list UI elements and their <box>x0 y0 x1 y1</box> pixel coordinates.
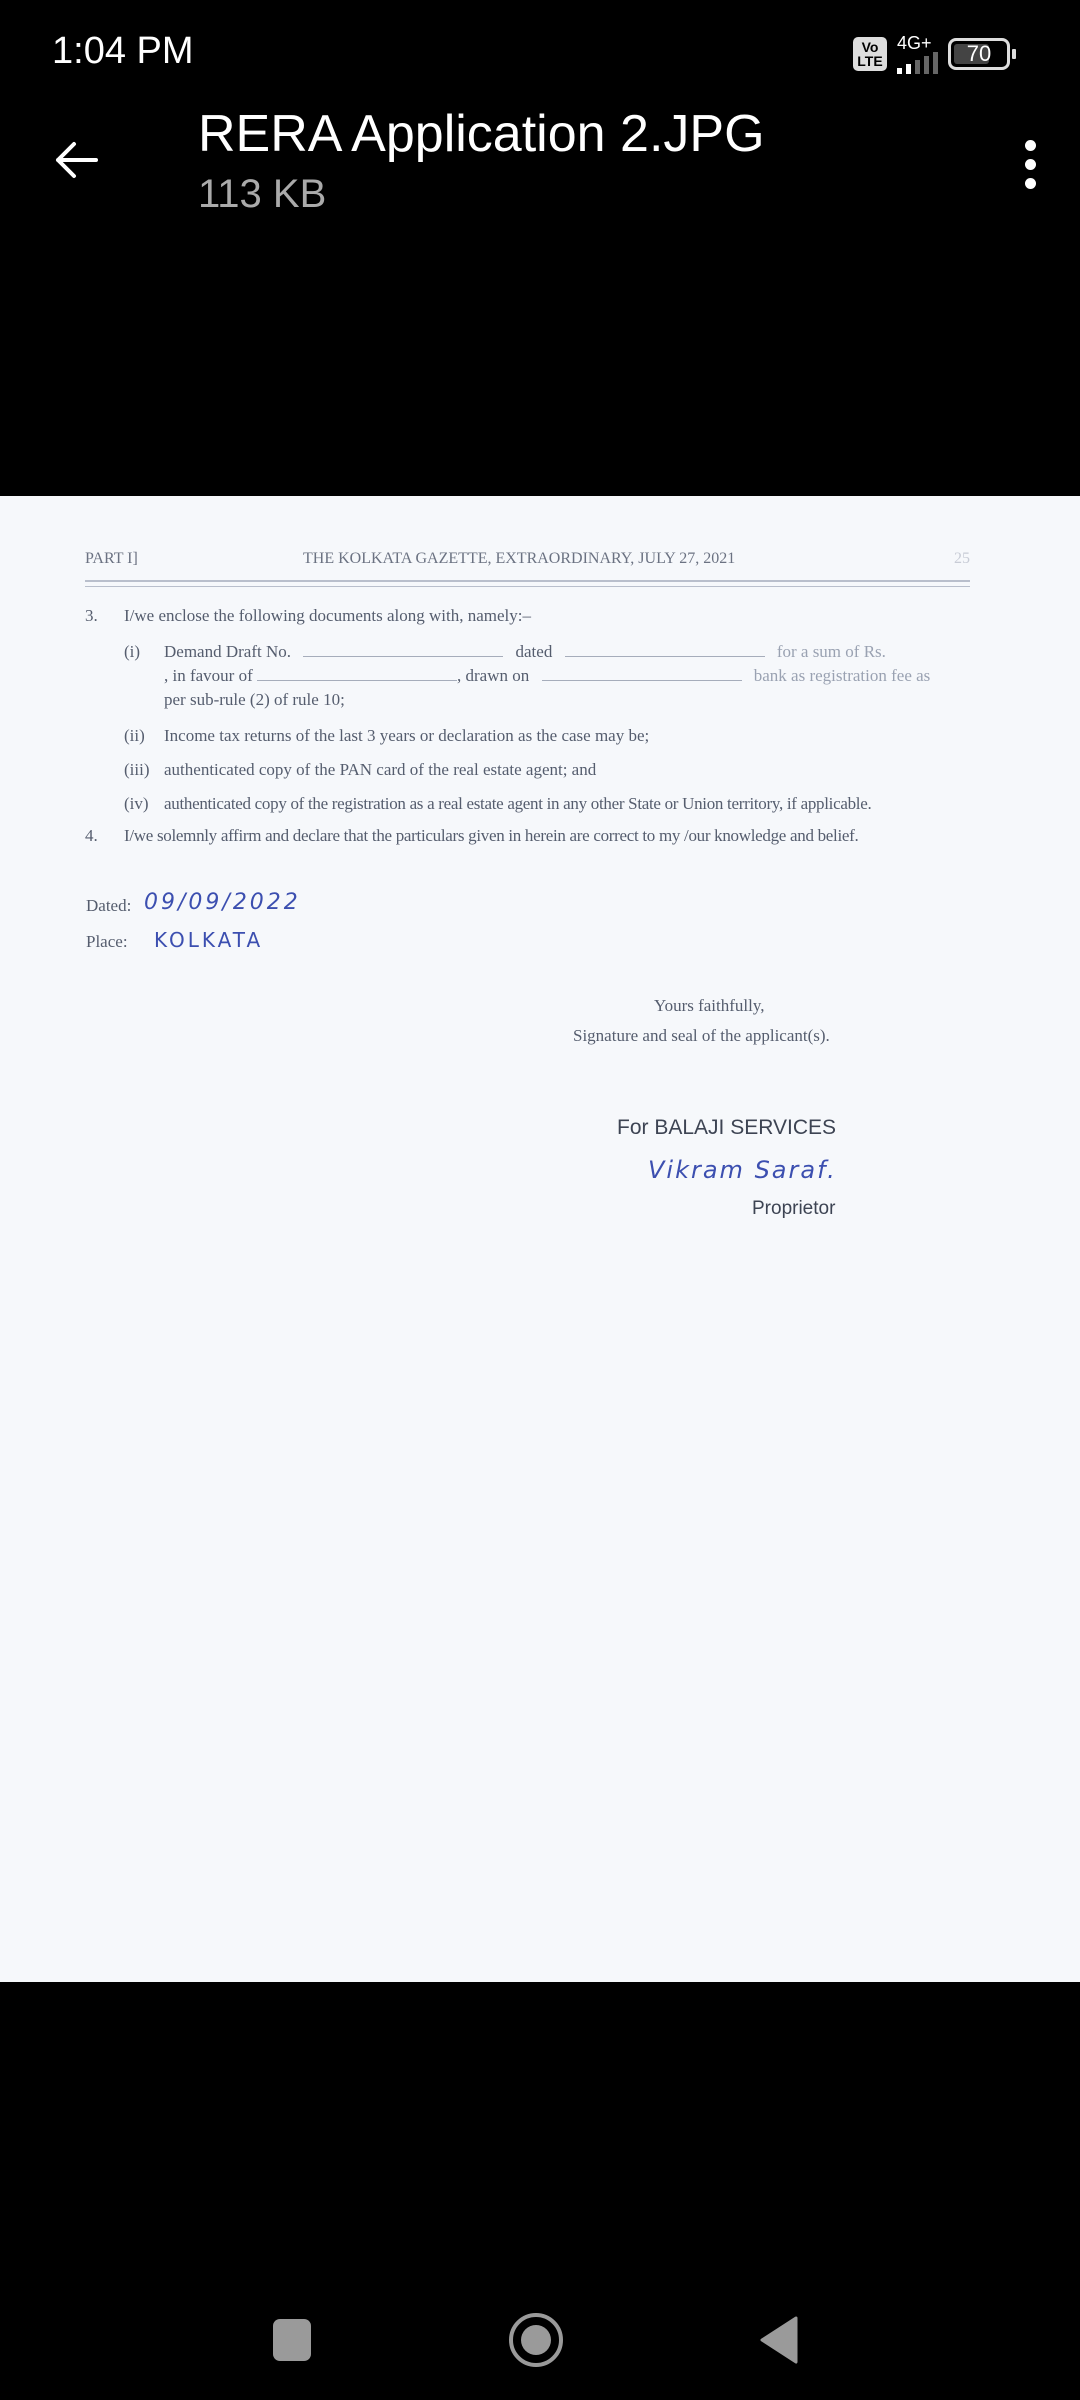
item-iii-text: authenticated copy of the PAN card of th… <box>164 760 596 780</box>
status-bar: 1:04 PM VoLTE 4G+ 70 <box>0 0 1080 100</box>
volte-icon: VoLTE <box>853 37 887 71</box>
more-vert-icon <box>1025 140 1036 151</box>
document-image[interactable]: PART I] THE KOLKATA GAZETTE, EXTRAORDINA… <box>0 496 1080 1982</box>
arrow-left-icon <box>52 136 100 184</box>
divider <box>85 586 970 587</box>
item-iii-number: (iii) <box>124 760 150 780</box>
square-icon <box>270 2318 314 2362</box>
signal-icon: 4G+ <box>897 34 938 74</box>
more-options-button[interactable] <box>1000 124 1060 204</box>
triangle-back-icon <box>758 2315 802 2365</box>
back-nav-button[interactable] <box>740 2300 820 2380</box>
home-button[interactable] <box>496 2300 576 2380</box>
status-icons: VoLTE 4G+ 70 <box>853 34 1016 74</box>
header-page: 25 <box>954 550 970 568</box>
header-title: THE KOLKATA GAZETTE, EXTRAORDINARY, JULY… <box>303 550 735 568</box>
file-size: 113 KB <box>198 172 326 217</box>
battery-icon: 70 <box>948 38 1016 70</box>
battery-level: 70 <box>967 41 991 67</box>
item-4-number: 4. <box>85 826 98 846</box>
navigation-bar <box>0 2260 1080 2400</box>
network-type: 4G+ <box>897 34 932 52</box>
divider <box>85 580 970 582</box>
item-4-text: I/we solemnly affirm and declare that th… <box>124 826 858 846</box>
item-3-number: 3. <box>85 606 98 626</box>
item-3-text: I/we enclose the following documents alo… <box>124 606 531 626</box>
signature: Vikram Saraf. <box>648 1156 837 1184</box>
item-i-number: (i) <box>124 642 140 662</box>
file-title: RERA Application 2.JPG <box>198 104 765 164</box>
item-iv-number: (iv) <box>124 794 149 814</box>
home-circle-icon <box>506 2310 566 2370</box>
header-part: PART I] <box>85 550 138 568</box>
place-label: Place: <box>86 932 128 952</box>
item-i-line1: Demand Draft No. dated for a sum of Rs. <box>164 642 886 662</box>
item-ii-number: (ii) <box>124 726 145 746</box>
item-iv-text: authenticated copy of the registration a… <box>164 794 871 814</box>
clock: 1:04 PM <box>52 30 194 73</box>
closing-text: Yours faithfully, <box>654 996 765 1016</box>
gazette-header: PART I] THE KOLKATA GAZETTE, EXTRAORDINA… <box>85 550 970 568</box>
item-i-line2: , in favour of , drawn on bank as regist… <box>164 666 930 686</box>
dated-value: 09/09/2022 <box>144 890 301 915</box>
designation: Proprietor <box>752 1198 835 1220</box>
signature-label: Signature and seal of the applicant(s). <box>573 1026 830 1046</box>
place-value: KOLKATA <box>154 928 263 952</box>
item-i-line3: per sub-rule (2) of rule 10; <box>164 690 345 710</box>
dated-label: Dated: <box>86 896 131 916</box>
back-button[interactable] <box>44 128 108 192</box>
app-bar: RERA Application 2.JPG 113 KB <box>0 100 1080 240</box>
company-name: For BALAJI SERVICES <box>617 1116 836 1140</box>
item-ii-text: Income tax returns of the last 3 years o… <box>164 726 649 746</box>
recents-button[interactable] <box>252 2300 332 2380</box>
